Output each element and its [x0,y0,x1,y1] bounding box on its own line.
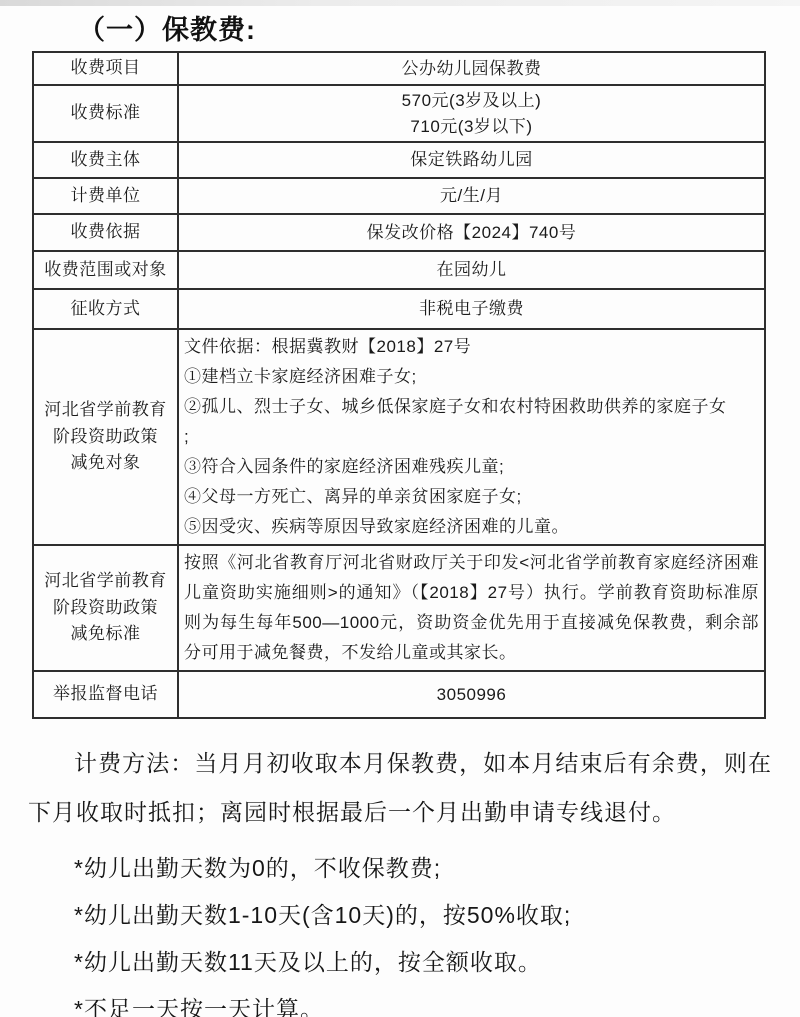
table-row-collection-method: 征收方式 非税电子缴费 [33,289,765,329]
subsidy-targets-line-4: ; [184,422,759,452]
subsidy-targets-line-6: ④父母一方死亡、离异的单亲贫困家庭子女; [184,482,759,512]
row-label-billing-unit: 计费单位 [33,178,178,214]
subsidy-targets-line-1: 文件依据：根据冀教财【2018】27号 [184,332,759,362]
row-label-fee-item: 收费项目 [33,52,178,85]
row-label-report-phone: 举报监督电话 [33,671,178,718]
fee-table: 收费项目 公办幼儿园保教费 收费标准 570元(3岁及以上) 710元(3岁以下… [32,51,766,719]
row-label-fee-standard: 收费标准 [33,85,178,142]
note-zero-days: *幼儿出勤天数为0的，不收保教费; [28,852,772,884]
row-value-fee-item: 公办幼儿园保教费 [178,52,765,85]
row-value-fee-scope: 在园幼儿 [178,251,765,289]
note-11-plus-days: *幼儿出勤天数11天及以上的，按全额收取。 [28,946,772,978]
row-value-fee-standard: 570元(3岁及以上) 710元(3岁以下) [178,85,765,142]
fee-disclosure-document: （一）保教费: 收费项目 公办幼儿园保教费 收费标准 570元(3岁及以上) 7… [0,6,800,1017]
row-label-collection-method: 征收方式 [33,289,178,329]
table-row-fee-scope: 收费范围或对象 在园幼儿 [33,251,765,289]
table-row-subsidy-targets: 河北省学前教育 阶段资助政策 减免对象 文件依据：根据冀教财【2018】27号 … [33,329,765,545]
row-value-fee-entity: 保定铁路幼儿园 [178,142,765,178]
row-value-subsidy-standard: 按照《河北省教育厅河北省财政厅关于印发<河北省学前教育家庭经济困难儿童资助实施细… [178,545,765,671]
subsidy-targets-line-2: ①建档立卡家庭经济困难子女; [184,362,759,392]
row-label-fee-basis: 收费依据 [33,214,178,251]
subsidy-standard-label-line-3: 减免标准 [39,621,172,647]
billing-method-paragraph: 计费方法：当月月初收取本月保教费，如本月结束后有余费，则在下月收取时抵扣；离园时… [28,739,772,837]
row-value-billing-unit: 元/生/月 [178,178,765,214]
fee-standard-line-1: 570元(3岁及以上) [184,88,759,114]
table-row-billing-unit: 计费单位 元/生/月 [33,178,765,214]
table-row-fee-standard: 收费标准 570元(3岁及以上) 710元(3岁以下) [33,85,765,142]
table-row-report-phone: 举报监督电话 3050996 [33,671,765,718]
note-1-to-10-days: *幼儿出勤天数1-10天(含10天)的，按50%收取; [28,899,772,931]
row-value-report-phone: 3050996 [178,671,765,718]
row-value-subsidy-targets: 文件依据：根据冀教财【2018】27号 ①建档立卡家庭经济困难子女; ②孤儿、烈… [178,329,765,545]
section-title: （一）保教费: [78,8,800,47]
row-value-collection-method: 非税电子缴费 [178,289,765,329]
subsidy-targets-line-7: ⑤因受灾、疾病等原因导致家庭经济困难的儿童。 [184,512,759,542]
table-row-fee-entity: 收费主体 保定铁路幼儿园 [33,142,765,178]
fee-standard-line-2: 710元(3岁以下) [184,114,759,140]
subsidy-standard-label-line-1: 河北省学前教育 [39,568,172,594]
subsidy-targets-line-3: ②孤儿、烈士子女、城乡低保家庭子女和农村特困救助供养的家庭子女 [184,392,759,422]
table-row-fee-item: 收费项目 公办幼儿园保教费 [33,52,765,85]
row-value-fee-basis: 保发改价格【2024】740号 [178,214,765,251]
note-partial-day: *不足一天按一天计算。 [28,993,772,1017]
subsidy-targets-label-line-2: 阶段资助政策 [39,424,172,450]
row-label-subsidy-standard: 河北省学前教育 阶段资助政策 减免标准 [33,545,178,671]
subsidy-targets-label-line-3: 减免对象 [39,450,172,476]
subsidy-targets-line-5: ③符合入园条件的家庭经济困难残疾儿童; [184,452,759,482]
table-row-fee-basis: 收费依据 保发改价格【2024】740号 [33,214,765,251]
table-row-subsidy-standard: 河北省学前教育 阶段资助政策 减免标准 按照《河北省教育厅河北省财政厅关于印发<… [33,545,765,671]
row-label-subsidy-targets: 河北省学前教育 阶段资助政策 减免对象 [33,329,178,545]
subsidy-targets-label-line-1: 河北省学前教育 [39,397,172,423]
row-label-fee-entity: 收费主体 [33,142,178,178]
subsidy-standard-paragraph: 按照《河北省教育厅河北省财政厅关于印发<河北省学前教育家庭经济困难儿童资助实施细… [184,548,759,668]
row-label-fee-scope: 收费范围或对象 [33,251,178,289]
subsidy-standard-label-line-2: 阶段资助政策 [39,595,172,621]
billing-notes-section: 计费方法：当月月初收取本月保教费，如本月结束后有余费，则在下月收取时抵扣；离园时… [28,739,772,1017]
